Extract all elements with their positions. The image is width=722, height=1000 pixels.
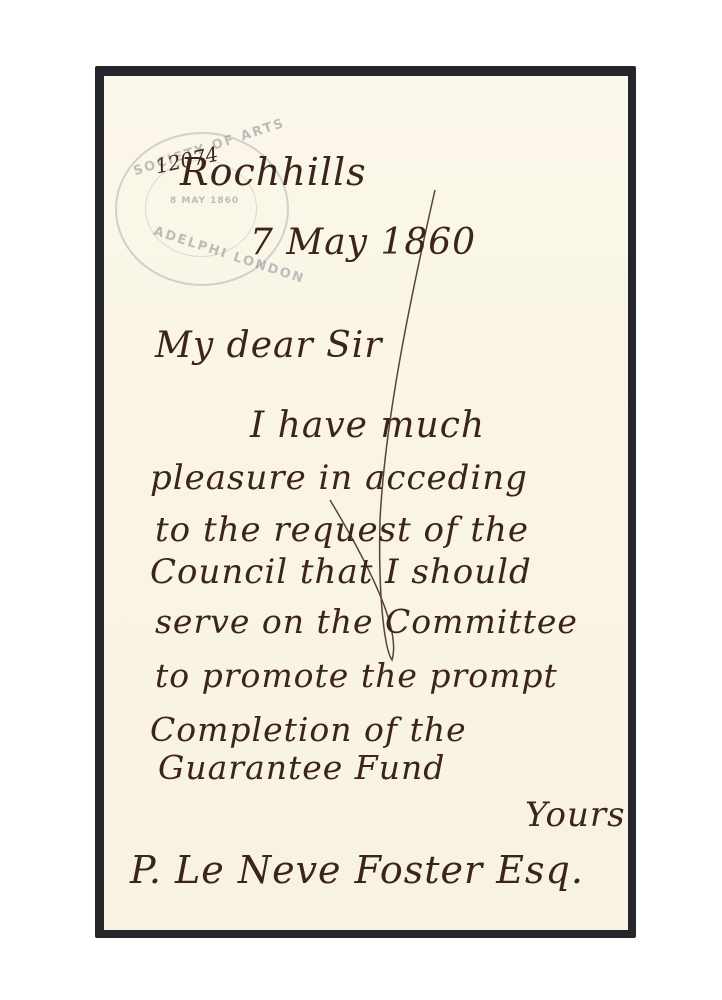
letter-body-line: pleasure in acceding (150, 458, 528, 498)
letter-date: 7 May 1860 (250, 222, 476, 263)
letter-place: Rochhills (180, 150, 367, 194)
letter-salutation: My dear Sir (155, 325, 383, 366)
letter-body-line: Council that I should (150, 552, 532, 592)
letter-addressee: P. Le Neve Foster Esq. (130, 848, 584, 892)
letter-closing: Yours (525, 795, 626, 835)
letter-body-line: Guarantee Fund (158, 748, 445, 787)
letter-body-line: I have much (250, 405, 485, 446)
letter-body-line: serve on the Committee (155, 602, 578, 641)
letter-body-line: Completion of the (150, 710, 467, 749)
stamp-date-text: 8 MAY 1860 (170, 196, 239, 206)
letter-body-line: to the request of the (155, 510, 529, 550)
letter-body-line: to promote the prompt (155, 656, 558, 695)
